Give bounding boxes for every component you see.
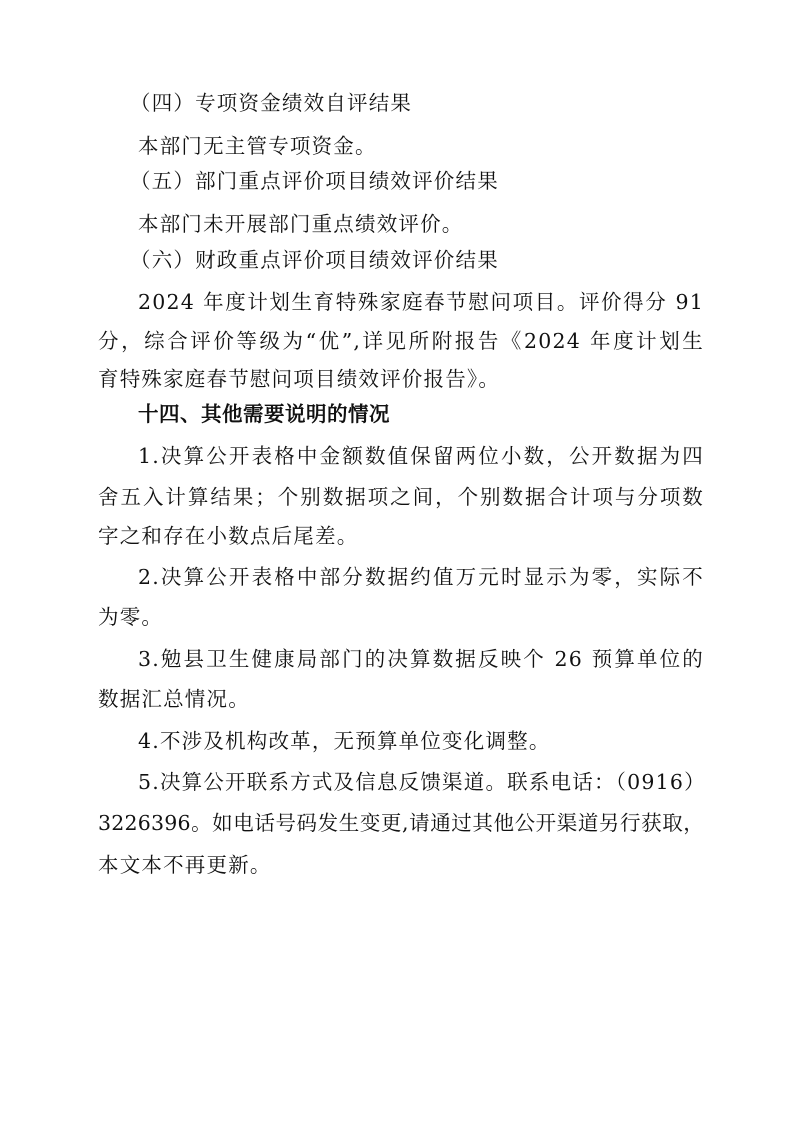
paragraph-finance-eval-line-1: 2024 年度计划生育特殊家庭春节慰问项目。评价得分 91 [138,289,704,315]
paragraph-finance-eval-line-3: 育特殊家庭春节慰问项目绩效评价报告》。 [98,366,704,392]
subheading-finance-key-eval: （六）财政重点评价项目绩效评价结果 [130,247,736,273]
paragraph-finance-eval-line-2: 分，综合评价等级为“优”,详见所附报告《2024 年度计划生 [98,328,704,354]
item-2-line-2: 为零。 [98,604,704,630]
heading-other-notes: 十四、其他需要说明的情况 [138,401,704,427]
paragraph-special-funds: 本部门无主管专项资金。 [138,133,704,159]
item-5-line-3: 本文本不再更新。 [98,852,704,878]
item-2-line-1: 2.决算公开表格中部分数据约值万元时显示为零，实际不 [138,564,704,590]
paragraph-dept-key-eval: 本部门未开展部门重点绩效评价。 [138,211,704,237]
subheading-dept-key-eval: （五）部门重点评价项目绩效评价结果 [130,168,736,194]
item-1-line-3: 字之和存在小数点后尾差。 [98,523,704,549]
item-3-line-2: 数据汇总情况。 [98,686,704,712]
item-5-line-2: 3226396。如电话号码发生变更,请通过其他公开渠道另行获取， [98,810,704,836]
item-4-line-1: 4.不涉及机构改革，无预算单位变化调整。 [138,728,704,754]
item-1-line-2: 舍五入计算结果；个别数据项之间，个别数据合计项与分项数 [98,484,704,510]
subheading-special-funds: （四）专项资金绩效自评结果 [130,90,736,116]
item-5-line-1: 5.决算公开联系方式及信息反馈渠道。联系电话：（0916） [138,769,704,795]
item-3-line-1: 3.勉县卫生健康局部门的决算数据反映个 26 预算单位的 [138,646,704,672]
item-1-line-1: 1.决算公开表格中金额数值保留两位小数，公开数据为四 [138,443,704,469]
